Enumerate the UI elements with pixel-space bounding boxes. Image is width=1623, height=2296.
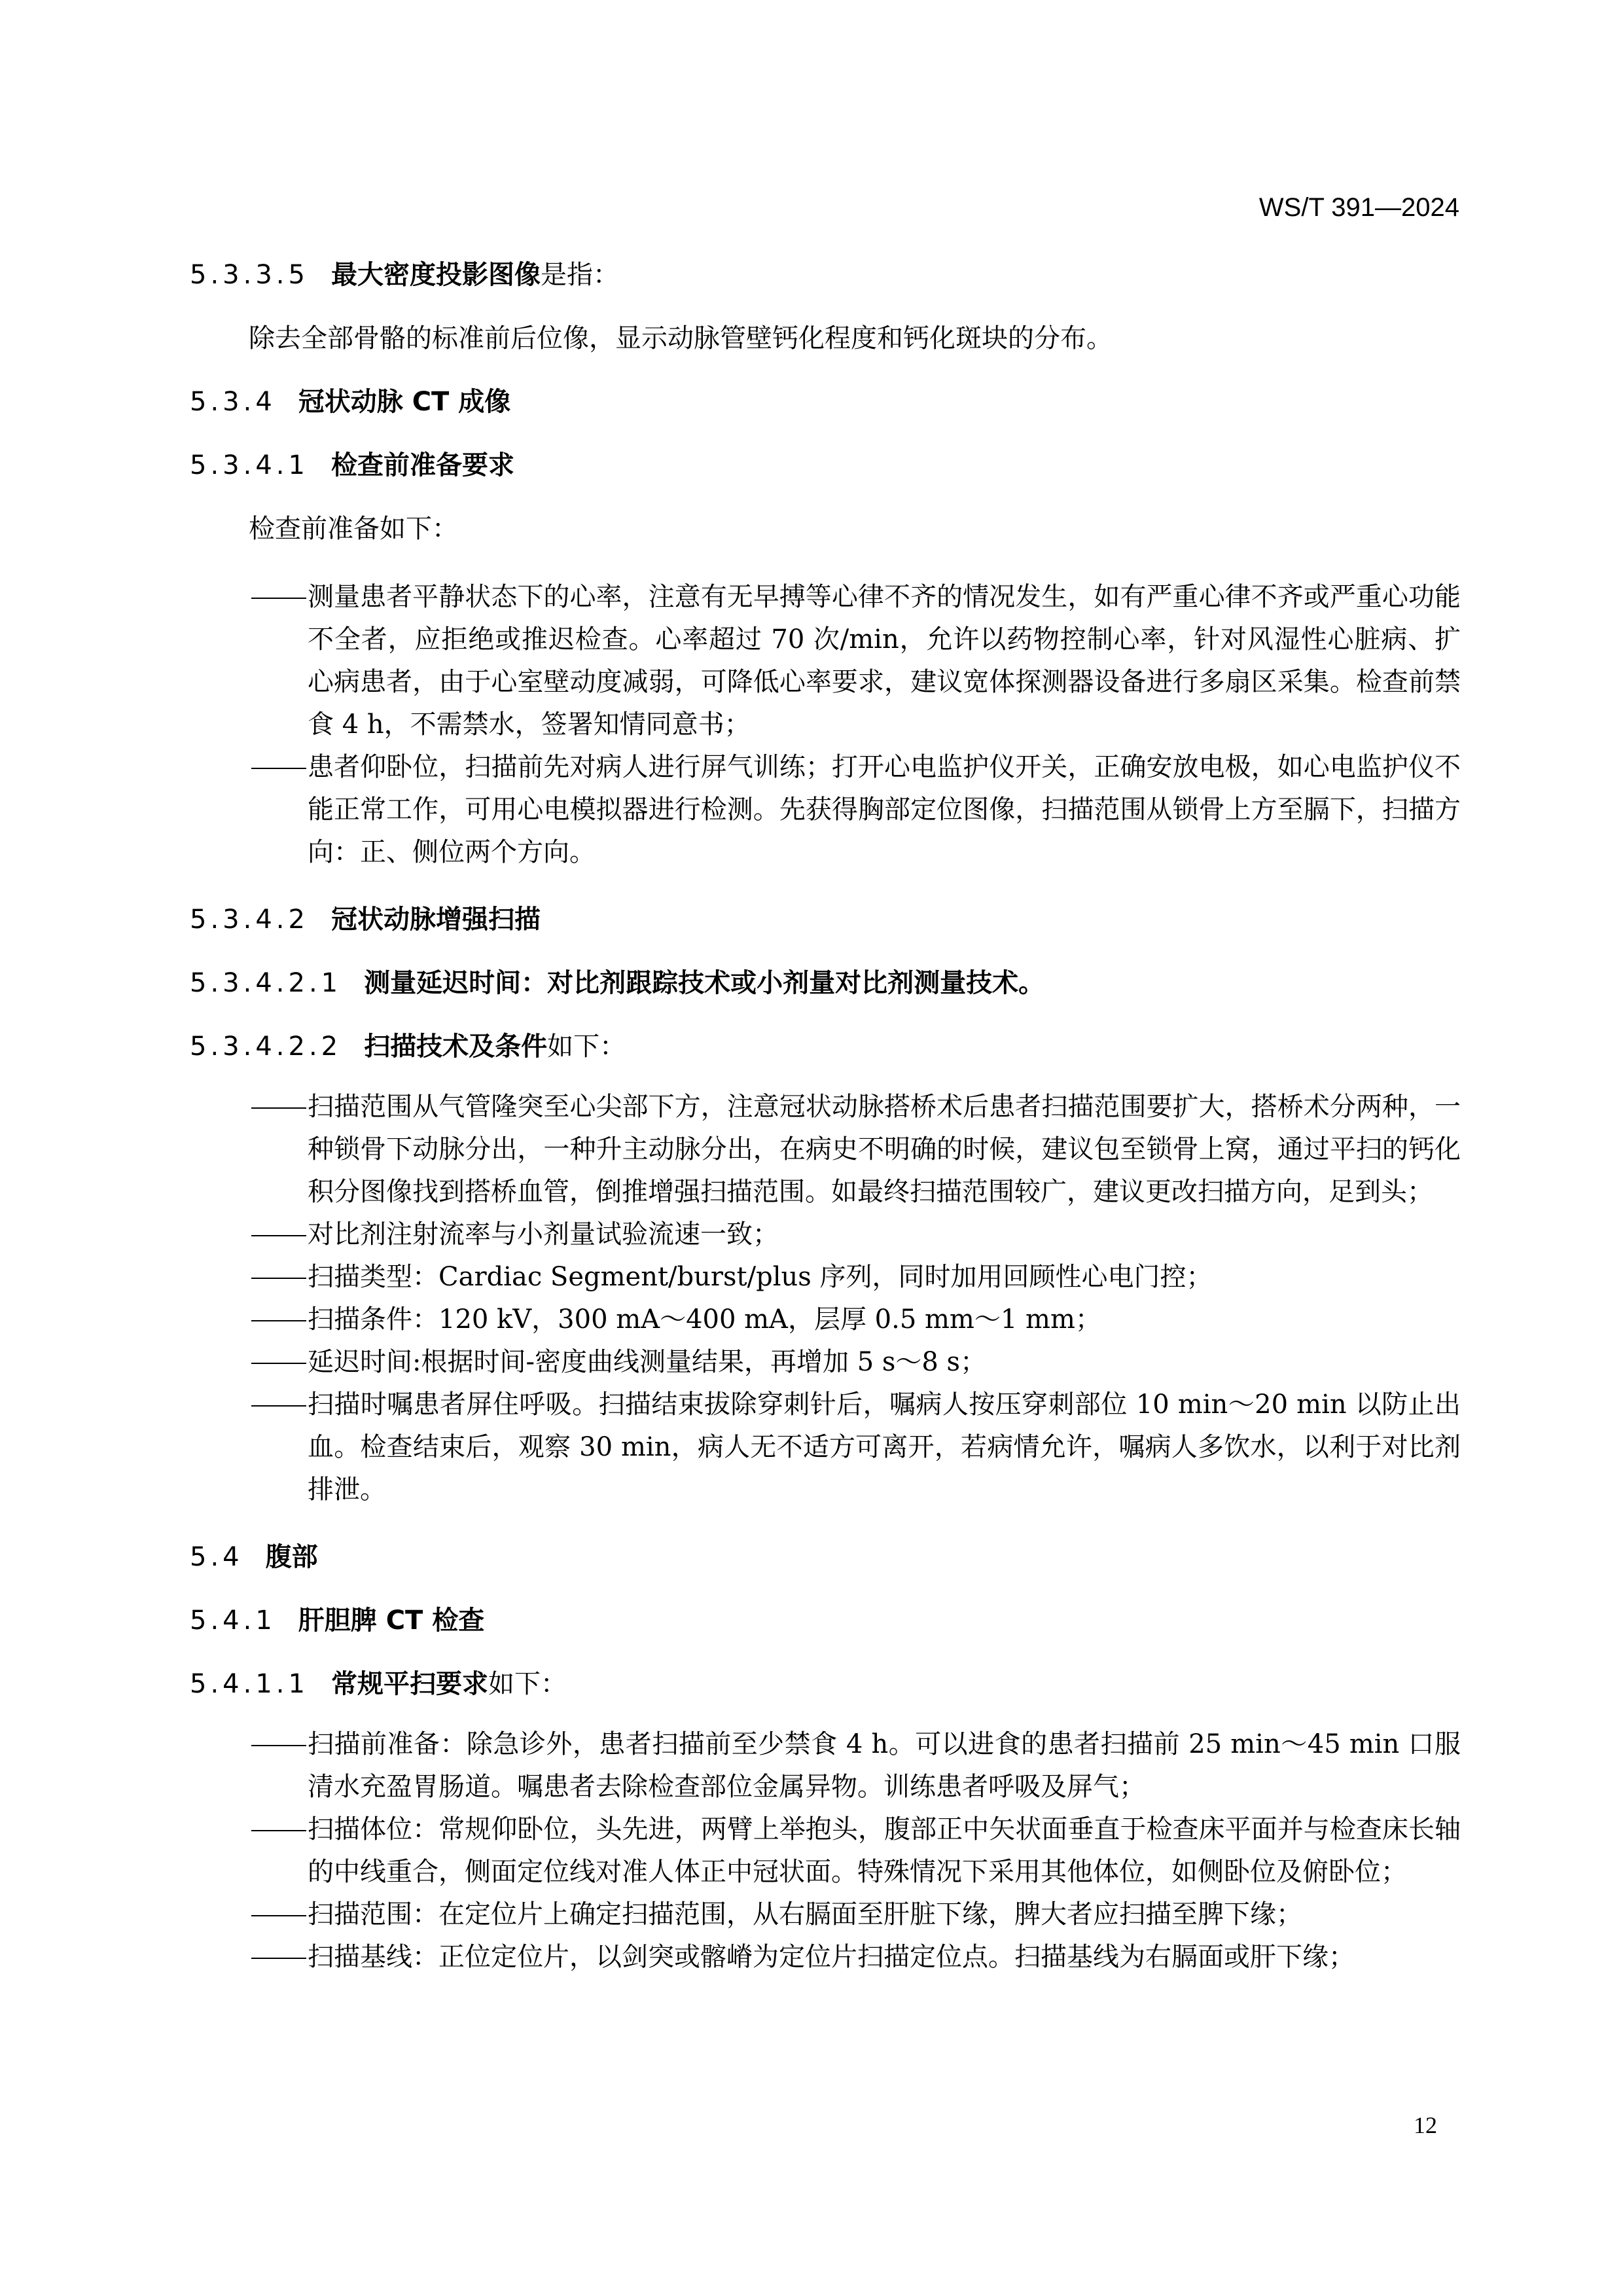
heading-5-3-4-1: 5.3.4.1检查前准备要求 bbox=[190, 449, 1461, 482]
list-item: 扫描前准备：除急诊外，患者扫描前至少禁食 4 h。可以进食的患者扫描前 25 m… bbox=[190, 1723, 1461, 1808]
heading-tail: 如下： bbox=[547, 1031, 626, 1062]
heading-5-3-4-2-1: 5.3.4.2.1测量延迟时间：对比剂跟踪技术或小剂量对比剂测量技术。 bbox=[190, 967, 1461, 999]
heading-5-4: 5.4腹部 bbox=[190, 1541, 1461, 1573]
list-item: 扫描条件：120 kV，300 mA～400 mA，层厚 0.5 mm～1 mm… bbox=[190, 1299, 1461, 1341]
heading-tail: 如下： bbox=[488, 1669, 567, 1699]
list-item: 扫描体位：常规仰卧位，头先进，两臂上举抱头，腹部正中矢状面垂直于检查床平面并与检… bbox=[190, 1808, 1461, 1893]
list-item: 扫描时嘱患者屏住呼吸。扫描结束拔除穿刺针后，嘱病人按压穿刺部位 10 min～2… bbox=[190, 1384, 1461, 1511]
heading-number: 5.3.4.1 bbox=[190, 449, 309, 482]
heading-title: 常规平扫要求 bbox=[331, 1669, 488, 1699]
heading-title: 腹部 bbox=[266, 1542, 318, 1572]
heading-5-3-4-2: 5.3.4.2冠状动脉增强扫描 bbox=[190, 903, 1461, 936]
list-item: 患者仰卧位，扫描前先对病人进行屏气训练；打开心电监护仪开关，正确安放电极，如心电… bbox=[190, 746, 1461, 874]
heading-number: 5.4 bbox=[190, 1541, 243, 1573]
heading-number: 5.3.4.2 bbox=[190, 903, 309, 936]
heading-number: 5.3.3.5 bbox=[190, 259, 309, 291]
list-prep-requirements: 测量患者平静状态下的心率，注意有无早搏等心律不齐的情况发生，如有严重心律不齐或严… bbox=[190, 576, 1461, 874]
document-body: 5.3.3.5最大密度投影图像是指： 除去全部骨骼的标准前后位像，显示动脉管壁钙… bbox=[190, 259, 1461, 2008]
page-number: 12 bbox=[1414, 2111, 1437, 2139]
list-item: 扫描类型：Cardiac Segment/burst/plus 序列，同时加用回… bbox=[190, 1256, 1461, 1299]
heading-number: 5.3.4.2.2 bbox=[190, 1030, 342, 1063]
heading-5-3-4: 5.3.4冠状动脉 CT 成像 bbox=[190, 386, 1461, 418]
heading-title: 检查前准备要求 bbox=[331, 450, 514, 480]
list-item: 延迟时间:根据时间-密度曲线测量结果，再增加 5 s～8 s； bbox=[190, 1341, 1461, 1384]
heading-title: 测量延迟时间：对比剂跟踪技术或小剂量对比剂测量技术。 bbox=[364, 968, 1044, 998]
heading-5-3-3-5: 5.3.3.5最大密度投影图像是指： bbox=[190, 259, 1461, 291]
list-item: 扫描基线：正位定位片，以剑突或髂嵴为定位片扫描定位点。扫描基线为右膈面或肝下缘； bbox=[190, 1936, 1461, 1979]
list-scan-technique: 扫描范围从气管隆突至心尖部下方，注意冠状动脉搭桥术后患者扫描范围要扩大，搭桥术分… bbox=[190, 1086, 1461, 1511]
heading-title: 冠状动脉增强扫描 bbox=[331, 905, 541, 935]
heading-title: 肝胆脾 CT 检查 bbox=[298, 1605, 485, 1636]
heading-title: 扫描技术及条件 bbox=[364, 1031, 547, 1062]
heading-number: 5.3.4.2.1 bbox=[190, 967, 342, 999]
paragraph-mip-definition: 除去全部骨骼的标准前后位像，显示动脉管壁钙化程度和钙化斑块的分布。 bbox=[190, 322, 1461, 355]
list-item: 扫描范围从气管隆突至心尖部下方，注意冠状动脉搭桥术后患者扫描范围要扩大，搭桥术分… bbox=[190, 1086, 1461, 1213]
heading-5-4-1-1: 5.4.1.1常规平扫要求如下： bbox=[190, 1668, 1461, 1700]
standard-code-header: WS/T 391—2024 bbox=[1259, 193, 1459, 223]
heading-5-4-1: 5.4.1肝胆脾 CT 检查 bbox=[190, 1604, 1461, 1637]
heading-number: 5.4.1 bbox=[190, 1604, 276, 1637]
heading-tail: 是指： bbox=[541, 260, 619, 290]
paragraph-prep-intro: 检查前准备如下： bbox=[190, 512, 1461, 545]
list-item: 扫描范围：在定位片上确定扫描范围，从右膈面至肝脏下缘，脾大者应扫描至脾下缘； bbox=[190, 1893, 1461, 1936]
heading-title: 冠状动脉 CT 成像 bbox=[298, 387, 511, 417]
heading-title: 最大密度投影图像 bbox=[331, 260, 541, 290]
heading-number: 5.4.1.1 bbox=[190, 1668, 309, 1700]
list-item: 测量患者平静状态下的心率，注意有无早搏等心律不齐的情况发生，如有严重心律不齐或严… bbox=[190, 576, 1461, 746]
list-routine-scan: 扫描前准备：除急诊外，患者扫描前至少禁食 4 h。可以进食的患者扫描前 25 m… bbox=[190, 1723, 1461, 1979]
list-item: 对比剂注射流率与小剂量试验流速一致； bbox=[190, 1213, 1461, 1256]
heading-5-3-4-2-2: 5.3.4.2.2扫描技术及条件如下： bbox=[190, 1030, 1461, 1063]
heading-number: 5.3.4 bbox=[190, 386, 276, 418]
